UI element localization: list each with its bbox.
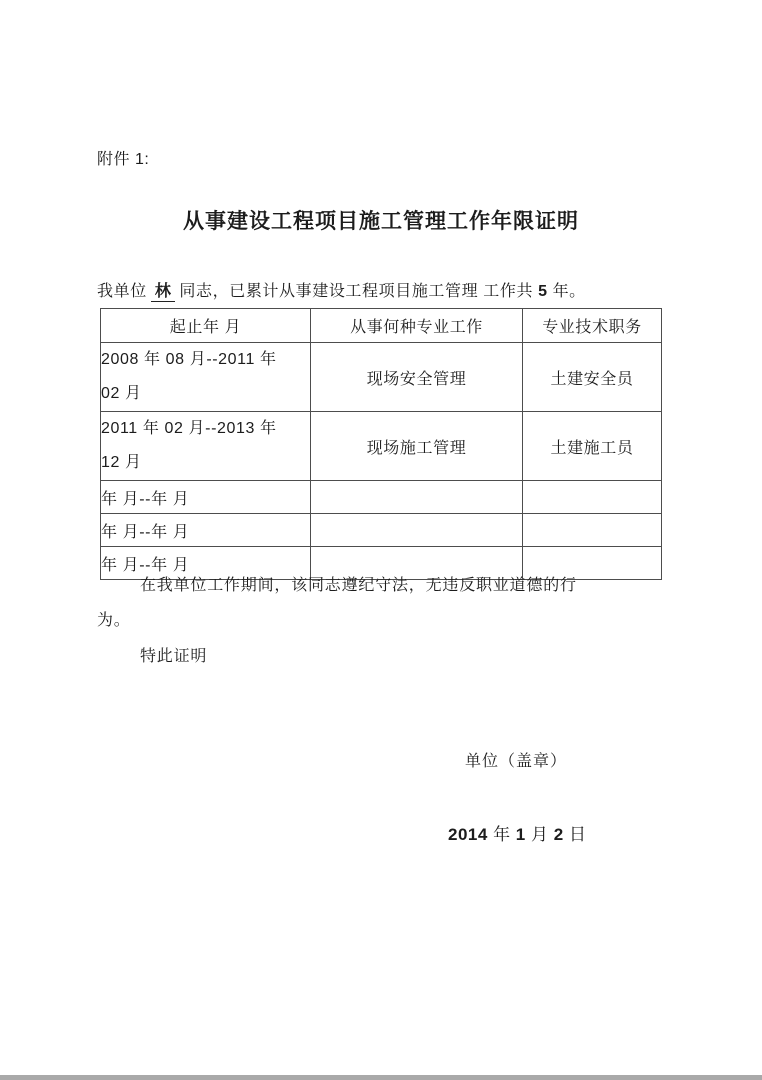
- header-period: 起止年 月: [101, 309, 311, 343]
- closing-line2: 为。: [97, 603, 667, 638]
- table-header-row: 起止年 月 从事何种专业工作 专业技术职务: [101, 309, 662, 343]
- position-cell: 土建施工员: [523, 412, 662, 481]
- document-title: 从事建设工程项目施工管理工作年限证明: [0, 205, 762, 235]
- attachment-label: 附件 1:: [97, 146, 149, 169]
- document-page: 附件 1: 从事建设工程项目施工管理工作年限证明 我单位林同志，已累计从事建设工…: [0, 0, 762, 1080]
- table-row: 2011 年 02 月--2013 年 12 月 现场施工管理 土建施工员: [101, 412, 662, 481]
- position-cell: [523, 481, 662, 514]
- header-work-type: 从事何种专业工作: [311, 309, 523, 343]
- position-cell: 土建安全员: [523, 343, 662, 412]
- period-line1: 2011 年 02 月--2013 年: [101, 412, 310, 446]
- date-month: 1: [516, 825, 526, 844]
- work-cell: [311, 514, 523, 547]
- work-cell: 现场安全管理: [311, 343, 523, 412]
- work-cell: [311, 481, 523, 514]
- total-years-value: 5: [538, 283, 548, 300]
- period-line2: 12 月: [101, 446, 310, 480]
- date-month-label: 月: [531, 825, 549, 844]
- period-cell: 年 月--年 月: [101, 514, 311, 547]
- signature-date: 2014 年 1 月 2 日: [448, 820, 586, 845]
- intro-middle: 同志，已累计从事建设工程项目施工管理 工作共: [179, 283, 533, 300]
- page-bottom-edge: [0, 1075, 762, 1080]
- period-cell: 2008 年 08 月--2011 年 02 月: [101, 343, 311, 412]
- table-row: 年 月--年 月: [101, 481, 662, 514]
- closing-paragraph: 在我单位工作期间，该同志遵纪守法，无违反职业道德的行 为。: [97, 568, 667, 638]
- period-cell: 年 月--年 月: [101, 481, 311, 514]
- table-row: 2008 年 08 月--2011 年 02 月 现场安全管理 土建安全员: [101, 343, 662, 412]
- position-cell: [523, 514, 662, 547]
- date-day-label: 日: [569, 825, 587, 844]
- date-year-label: 年: [493, 825, 511, 844]
- work-cell: 现场施工管理: [311, 412, 523, 481]
- header-technical-position: 专业技术职务: [523, 309, 662, 343]
- certify-statement: 特此证明: [140, 643, 207, 666]
- intro-suffix: 年。: [553, 283, 586, 300]
- date-day: 2: [554, 825, 564, 844]
- work-history-table: 起止年 月 从事何种专业工作 专业技术职务 2008 年 08 月--2011 …: [100, 308, 662, 580]
- intro-paragraph: 我单位林同志，已累计从事建设工程项目施工管理 工作共5年。: [97, 278, 586, 302]
- period-cell: 2011 年 02 月--2013 年 12 月: [101, 412, 311, 481]
- period-line2: 02 月: [101, 377, 310, 411]
- period-line1: 2008 年 08 月--2011 年: [101, 343, 310, 377]
- intro-prefix: 我单位: [97, 283, 147, 300]
- table-row: 年 月--年 月: [101, 514, 662, 547]
- employee-name-underlined: 林: [151, 283, 176, 302]
- closing-line1: 在我单位工作期间，该同志遵纪守法，无违反职业道德的行: [97, 568, 667, 603]
- date-year: 2014: [448, 825, 488, 844]
- unit-seal-label: 单位（盖章）: [465, 748, 567, 771]
